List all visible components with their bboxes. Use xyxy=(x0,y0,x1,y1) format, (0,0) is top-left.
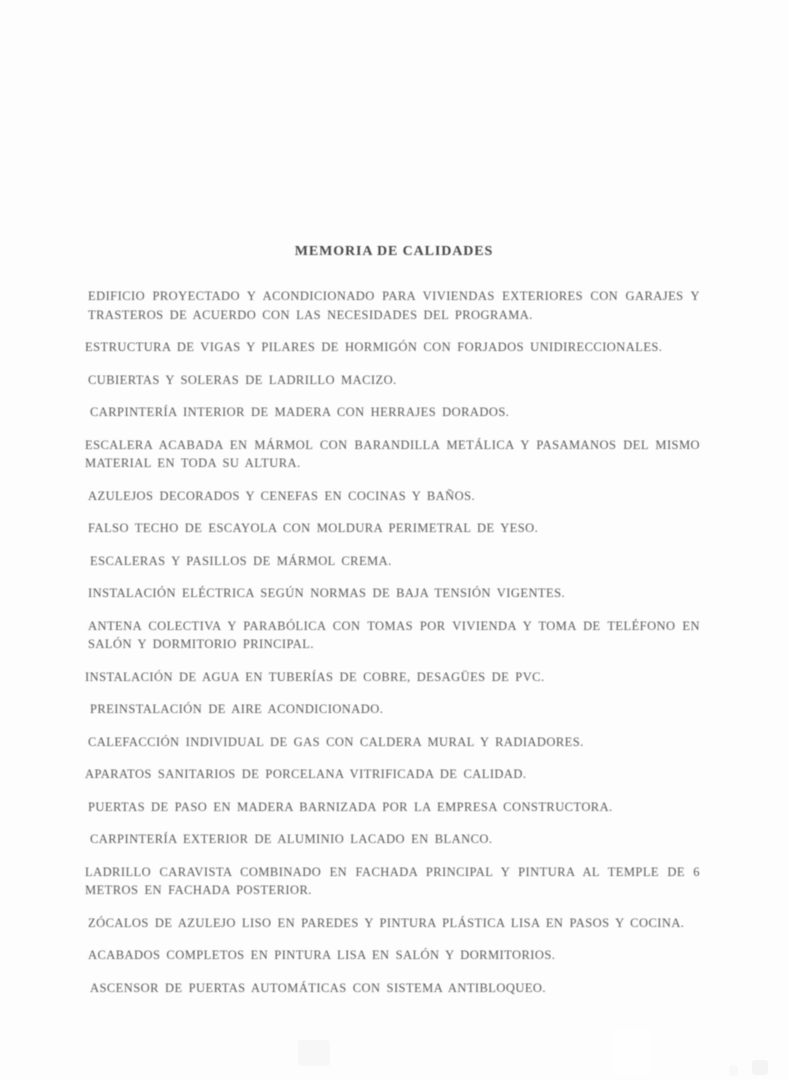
scanned-document-page: MEMORIA DE CALIDADES EDIFICIO PROYECTADO… xyxy=(0,0,789,1080)
document-body: MEMORIA DE CALIDADES EDIFICIO PROYECTADO… xyxy=(0,0,789,1011)
spec-item: APARATOS SANITARIOS DE PORCELANA VITRIFI… xyxy=(85,765,700,784)
spec-item: CUBIERTAS Y SOLERAS DE LADRILLO MACIZO. xyxy=(88,371,700,390)
spec-item: PUERTAS DE PASO EN MADERA BARNIZADA POR … xyxy=(88,798,700,817)
spec-item: INSTALACIÓN DE AGUA EN TUBERÍAS DE COBRE… xyxy=(85,668,700,687)
scan-artifact xyxy=(752,1060,768,1075)
scan-artifact xyxy=(298,1040,330,1066)
spec-item: EDIFICIO PROYECTADO Y ACONDICIONADO PARA… xyxy=(88,287,700,324)
document-title: MEMORIA DE CALIDADES xyxy=(88,244,700,260)
spec-item: ESCALERAS Y PASILLOS DE MÁRMOL CREMA. xyxy=(90,552,700,571)
spec-item: CALEFACCIÓN INDIVIDUAL DE GAS CON CALDER… xyxy=(88,733,700,752)
spec-item: ASCENSOR DE PUERTAS AUTOMÁTICAS CON SIST… xyxy=(90,979,700,998)
spec-item: INSTALACIÓN ELÉCTRICA SEGÚN NORMAS DE BA… xyxy=(88,584,700,603)
scan-artifact xyxy=(612,1028,650,1076)
spec-item: AZULEJOS DECORADOS Y CENEFAS EN COCINAS … xyxy=(88,487,700,506)
spec-item: ANTENA COLECTIVA Y PARABÓLICA CON TOMAS … xyxy=(88,617,700,654)
spec-item: CARPINTERÍA EXTERIOR DE ALUMINIO LACADO … xyxy=(90,830,700,849)
spec-item: ACABADOS COMPLETOS EN PINTURA LISA EN SA… xyxy=(88,946,700,965)
spec-item: ESCALERA ACABADA EN MÁRMOL CON BARANDILL… xyxy=(85,436,700,473)
scan-artifact xyxy=(729,1065,738,1076)
spec-item: PREINSTALACIÓN DE AIRE ACONDICIONADO. xyxy=(90,700,700,719)
spec-item: LADRILLO CARAVISTA COMBINADO EN FACHADA … xyxy=(85,863,700,900)
spec-item: FALSO TECHO DE ESCAYOLA CON MOLDURA PERI… xyxy=(88,519,700,538)
spec-item: CARPINTERÍA INTERIOR DE MADERA CON HERRA… xyxy=(90,403,700,422)
spec-item: ZÓCALOS DE AZULEJO LISO EN PAREDES Y PIN… xyxy=(88,914,700,933)
spec-item: ESTRUCTURA DE VIGAS Y PILARES DE HORMIGÓ… xyxy=(85,338,700,357)
